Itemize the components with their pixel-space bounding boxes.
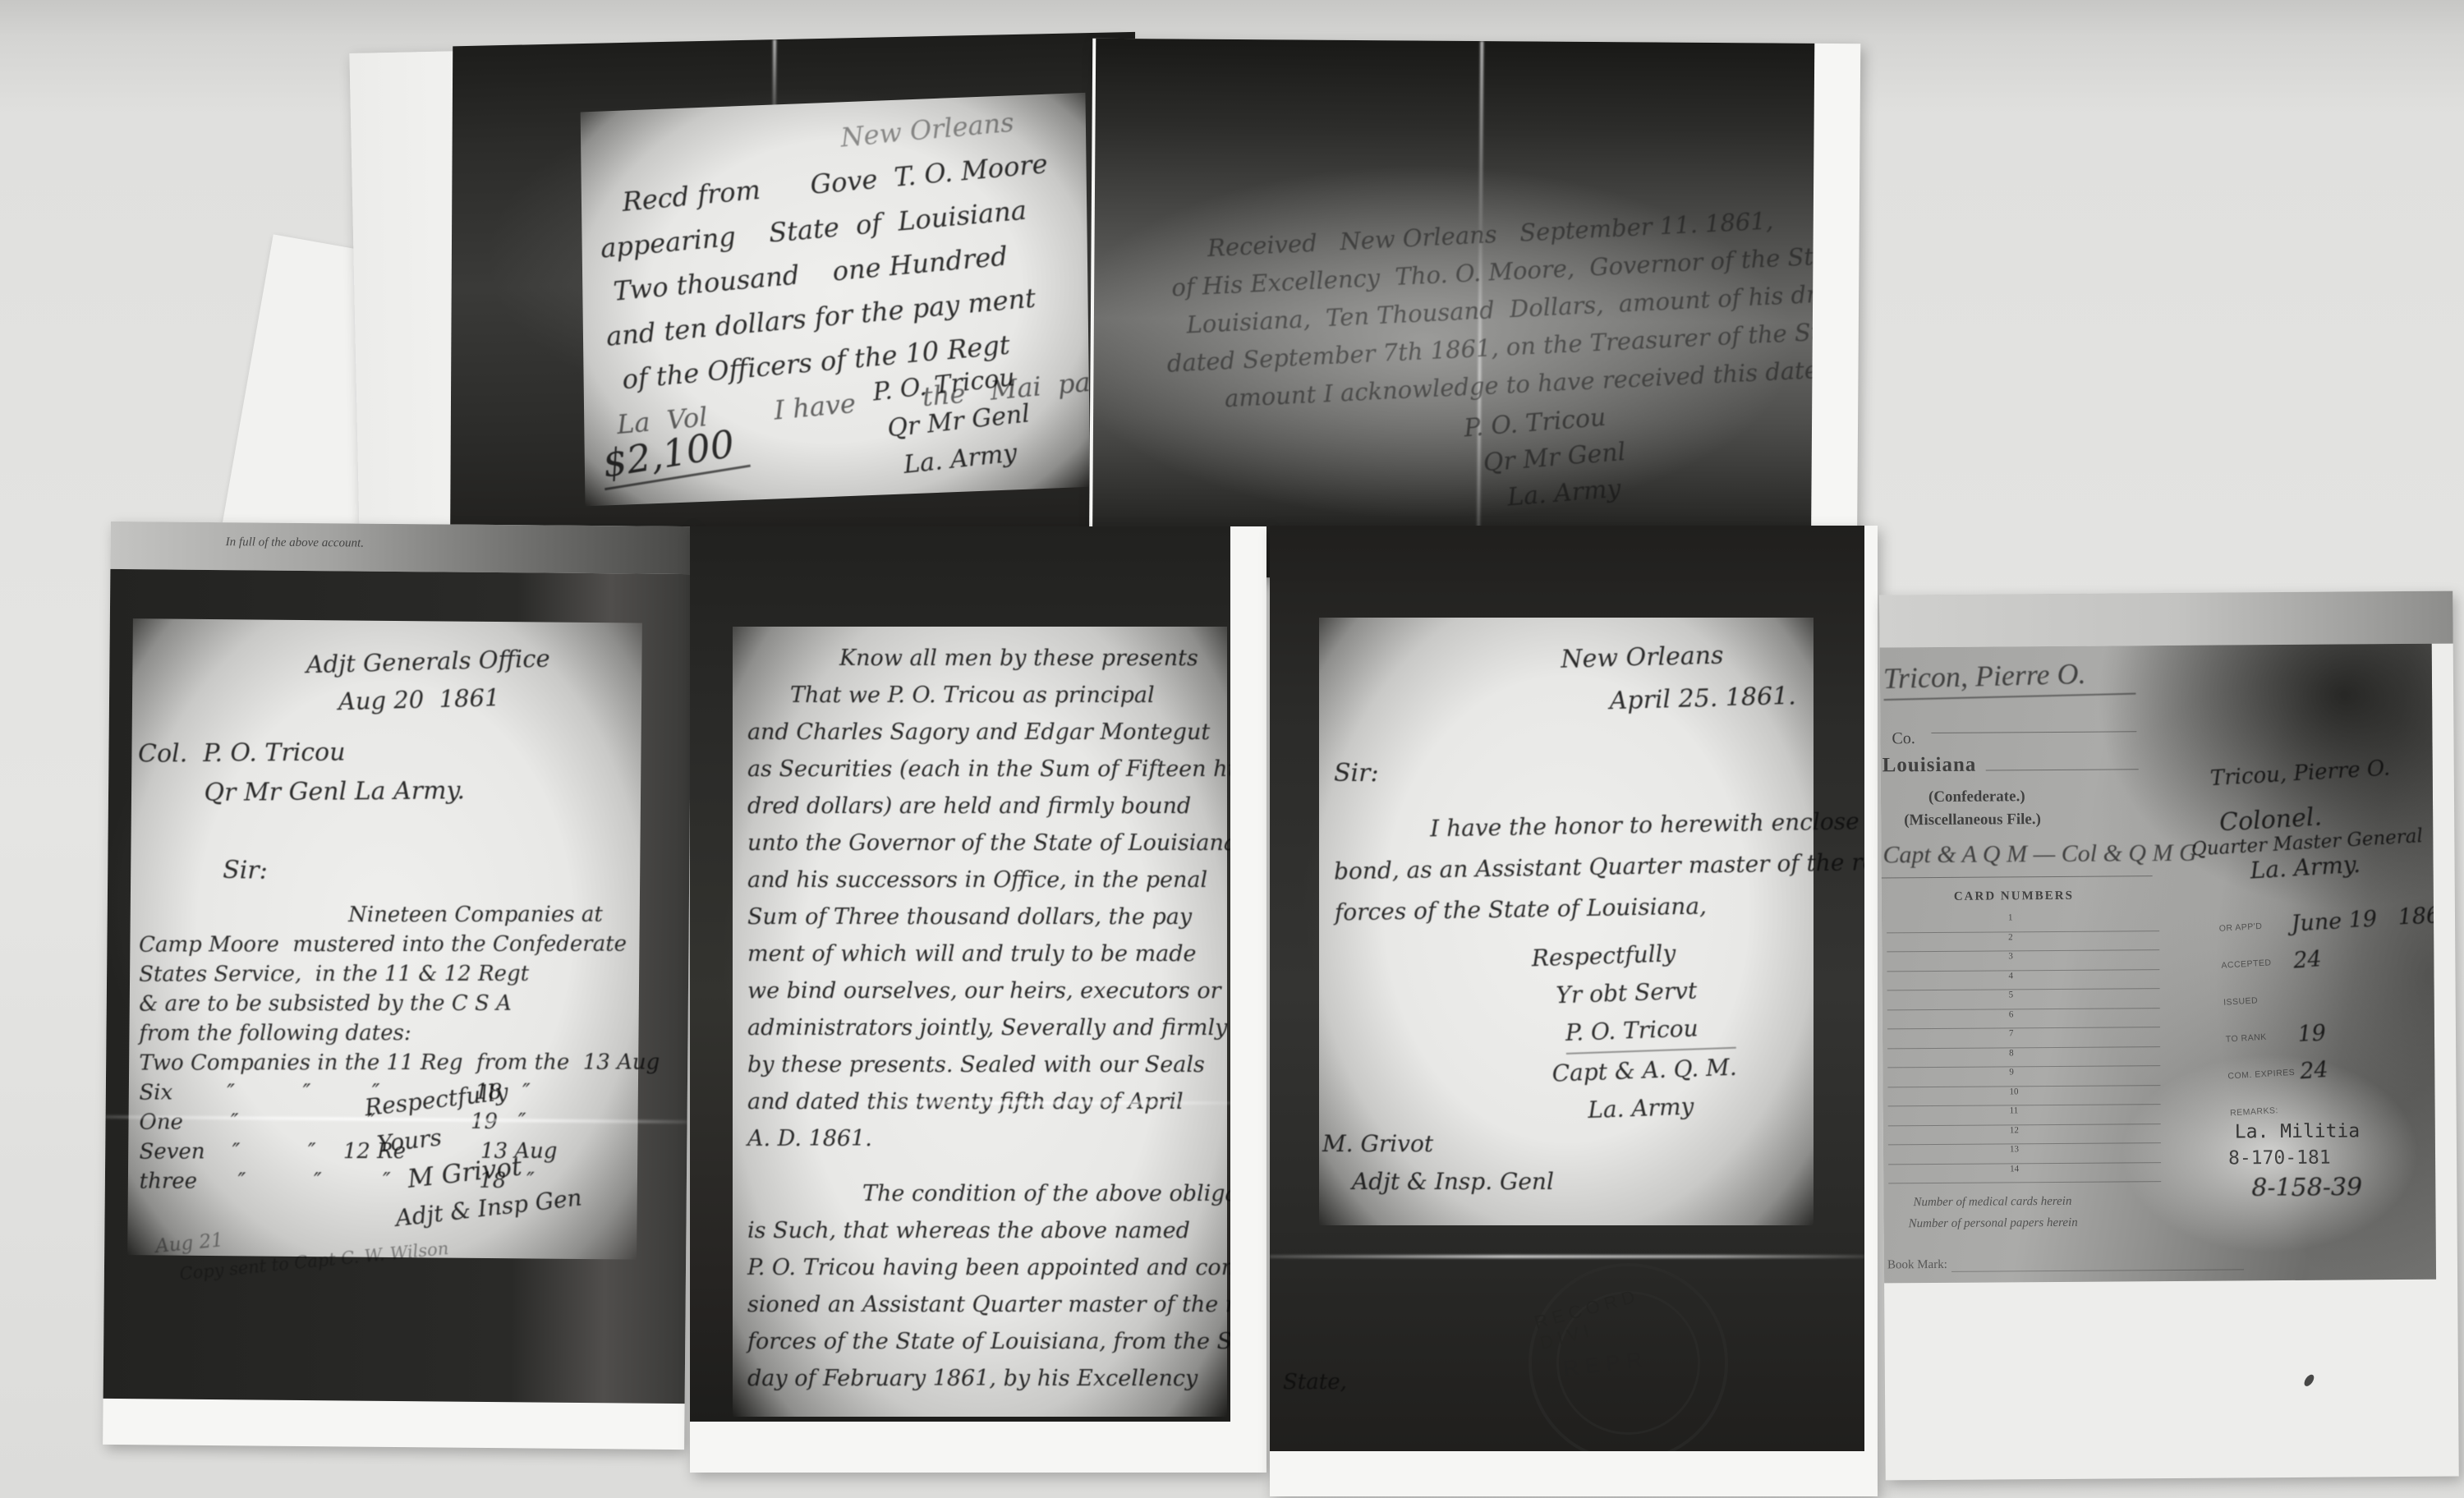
handwritten-line: States Service, in the 11 & 12 Regt — [139, 958, 660, 989]
field-label: REMARKS: — [2230, 1104, 2303, 1118]
card-number-row: 9 — [1887, 1066, 2160, 1087]
photocopy-light-window: Adjt Generals OfficeAug 20 1861 Col. P. … — [127, 618, 642, 1259]
card-number-rows: 1234567891011121314 — [1887, 912, 2161, 1183]
card-number-row: 4 — [1887, 970, 2159, 991]
field-label: ACCEPTED — [2221, 956, 2294, 970]
card-number-row: 1 — [1887, 912, 2159, 933]
soldier-name-written: Tricon, Pierre O. — [1882, 655, 2135, 701]
card-number-row: 11 — [1888, 1105, 2161, 1126]
photocopy-light-window: New OrleansRecd from Gove T. O. Mooreapp… — [581, 93, 1091, 507]
addressee-line: Adjt & Insp. Genl — [1352, 1163, 1554, 1201]
field-label: TO RANK — [2225, 1030, 2298, 1044]
soldier-name-written: Tricou, Pierre O. — [2209, 753, 2436, 792]
dateline: New Orleans — [1561, 632, 1795, 681]
fold-crease — [1270, 1255, 1864, 1258]
handwritten-line: That we P. O. Tricou as principal — [790, 677, 1230, 714]
handwritten-line: dred dollars) are held and firmly bound — [747, 788, 1230, 825]
file-number-typed: 8-170-181 — [2228, 1147, 2331, 1169]
document-bond-transmittal-letter: New OrleansApril 25. 1861. Sir: I have t… — [1270, 526, 1878, 1496]
fold-crease — [852, 1101, 1230, 1105]
handwritten-line: is Such, that whereas the above named — [747, 1212, 1230, 1249]
photocopy-toner-area: Received New Orleans September 11. 1861,… — [1092, 39, 1815, 581]
photocopy-light-window: New OrleansApril 25. 1861. Sir: I have t… — [1319, 618, 1814, 1225]
fragment-text: In full of the above account. — [226, 535, 364, 550]
handwritten-line: day of February 1861, by his Excellency — [747, 1360, 1230, 1397]
document-service-record-jacket: Tricon, Pierre O. Co. Louisiana (Confede… — [1879, 591, 2459, 1481]
handwritten-line: ment of which will and truly to be made — [747, 935, 1230, 972]
fragment-text: State, — [1283, 1370, 1347, 1395]
handwritten-line: forces of the State of Louisiana, from t… — [747, 1323, 1230, 1360]
photocopy-toner-area: New OrleansRecd from Gove T. O. Mooreapp… — [450, 32, 1135, 552]
file-number-written: 8-158-39 — [2251, 1173, 2362, 1202]
handwritten-line: sioned an Assistant Quarter master of th… — [747, 1286, 1230, 1323]
field-value-written: 24 — [2292, 947, 2322, 974]
card-numbers-label: CARD NUMBERS — [1954, 889, 2074, 904]
form-rule — [1931, 731, 2136, 733]
card-number-row: 5 — [1887, 989, 2160, 1010]
salutation: Sir: — [1334, 759, 1379, 788]
card-number-row: 12 — [1888, 1124, 2161, 1146]
photocopy-header-strip — [1879, 591, 2453, 648]
card-number-row: 14 — [1888, 1163, 2161, 1184]
closing-line: La. Army — [1587, 1087, 1738, 1129]
state-label: Louisiana — [1882, 754, 1977, 778]
stamp-star-icon: ★ — [1539, 1377, 1561, 1402]
card-number-row: 3 — [1887, 950, 2159, 972]
card-number-row: 2 — [1887, 931, 2159, 953]
card-number-row: 10 — [1887, 1086, 2160, 1107]
addressee-line: Qr Mr Genl La Army. — [204, 771, 465, 813]
form-rule — [1951, 1269, 2244, 1271]
handwritten-heading-line: Aug 20 1861 — [338, 677, 551, 720]
salutation: Sir: — [223, 856, 268, 885]
dateline: April 25. 1861. — [1609, 675, 1796, 723]
field-value-written: 19 — [2297, 1020, 2327, 1047]
document-receipt-2100-dollars: New OrleansRecd from Gove T. O. Mooreapp… — [349, 37, 1136, 583]
handwritten-line: and his successors in Office, in the pen… — [747, 862, 1230, 898]
handwritten-heading-line: Adjt Generals Office — [306, 639, 550, 683]
handwritten-line: unto the Governor of the State of Louisi… — [747, 825, 1230, 862]
photocopy-toner-area: New OrleansApril 25. 1861. Sir: I have t… — [1270, 526, 1864, 1451]
handwritten-line: Know all men by these presents — [839, 640, 1230, 677]
photo-of-photocopied-documents: New OrleansRecd from Gove T. O. Mooreapp… — [0, 0, 2464, 1498]
handwritten-line: Camp Moore mustered into the Confederate — [139, 929, 660, 959]
handwritten-line: from the following dates: — [139, 1018, 660, 1048]
closing-line: Yr obt Servt — [1556, 971, 1735, 1015]
photocopy-toner-area: Know all men by these presentsThat we P.… — [690, 526, 1230, 1422]
handwritten-line: and Charles Sagory and Edgar Montegut — [747, 714, 1230, 751]
photocopy-header-strip: In full of the above account. — [110, 522, 692, 574]
handwritten-line: Nineteen Companies at — [348, 899, 660, 930]
miscellaneous-file-label: (Miscellaneous File.) — [1904, 811, 2041, 829]
card-number-row: 7 — [1887, 1027, 2160, 1049]
handwritten-line: & are to be subsisted by the C S A — [139, 988, 660, 1018]
field-label: OR APP'D — [2218, 919, 2292, 933]
handwritten-line: I have the honor to herewith enclose my — [1430, 800, 1864, 850]
photocopy-light-window: Know all men by these presentsThat we P.… — [733, 627, 1227, 1417]
closing-line: Capt & A. Q. M. — [1551, 1049, 1737, 1093]
book-mark-label: Book Mark: — [1887, 1258, 1947, 1273]
handwritten-line: we bind ourselves, our heirs, executors … — [747, 972, 1230, 1009]
document-receipt-10000-dollars: Received New Orleans September 11. 1861,… — [1089, 39, 1861, 582]
photocopy-card-area: Tricon, Pierre O. Co. Louisiana (Confede… — [1880, 644, 2436, 1284]
handwritten-line: The condition of the above obligation — [862, 1175, 1230, 1212]
rank-written: Capt & A Q M — Col & Q M G — [1882, 839, 2196, 870]
addressee-line: Col. P. O. Tricou — [138, 732, 465, 774]
handwritten-line: as Securities (each in the Sum of Fiftee… — [747, 751, 1230, 788]
handwritten-line: P. O. Tricou having been appointed and c… — [747, 1249, 1230, 1286]
personal-papers-label: Number of personal papers herein — [1909, 1216, 2078, 1231]
ink-speck — [2302, 1373, 2315, 1388]
record-division-stamp: RECORD DIVI REPR ★ — [1496, 1231, 1760, 1451]
handwritten-line: A. D. 1861. — [747, 1120, 1230, 1157]
card-number-row: 8 — [1887, 1047, 2160, 1068]
field-value-written: 24 — [2299, 1057, 2328, 1084]
handwritten-line: by these presents. Sealed with our Seals — [747, 1046, 1230, 1083]
field-label: COM. EXPIRES — [2227, 1067, 2301, 1081]
field-label: ISSUED — [2223, 993, 2296, 1007]
closing-line: P. O. Tricou — [1565, 1009, 1736, 1055]
form-rule — [1882, 875, 2153, 878]
militia-typed-label: La. Militia — [2235, 1120, 2361, 1142]
handwritten-line: Sum of Three thousand dollars, the pay — [747, 898, 1230, 935]
handwritten-line: administrators jointly, Severally and fi… — [747, 1009, 1230, 1046]
card-number-row: 6 — [1887, 1009, 2160, 1030]
form-rule — [1986, 769, 2139, 770]
document-surety-bond: Know all men by these presentsThat we P.… — [690, 526, 1266, 1473]
card-number-row: 13 — [1888, 1143, 2161, 1165]
photocopy-toner-area: Adjt Generals OfficeAug 20 1861 Col. P. … — [103, 569, 692, 1404]
medical-cards-label: Number of medical cards herein — [1913, 1195, 2071, 1210]
handwritten-line: Two Companies in the 11 Reg from the 13 … — [139, 1047, 660, 1078]
commission-card: Tricou, Pierre O. Colonel. Quarter Maste… — [2209, 753, 2436, 1137]
company-label: Co. — [1892, 729, 1915, 748]
document-adjutant-general-letter: In full of the above account. Adjt Gener… — [103, 522, 692, 1450]
field-value-written: June 19 1861 — [2291, 902, 2436, 937]
confederate-label: (Confederate.) — [1928, 788, 2025, 806]
addressee-line: M. Grivot — [1322, 1125, 1554, 1163]
